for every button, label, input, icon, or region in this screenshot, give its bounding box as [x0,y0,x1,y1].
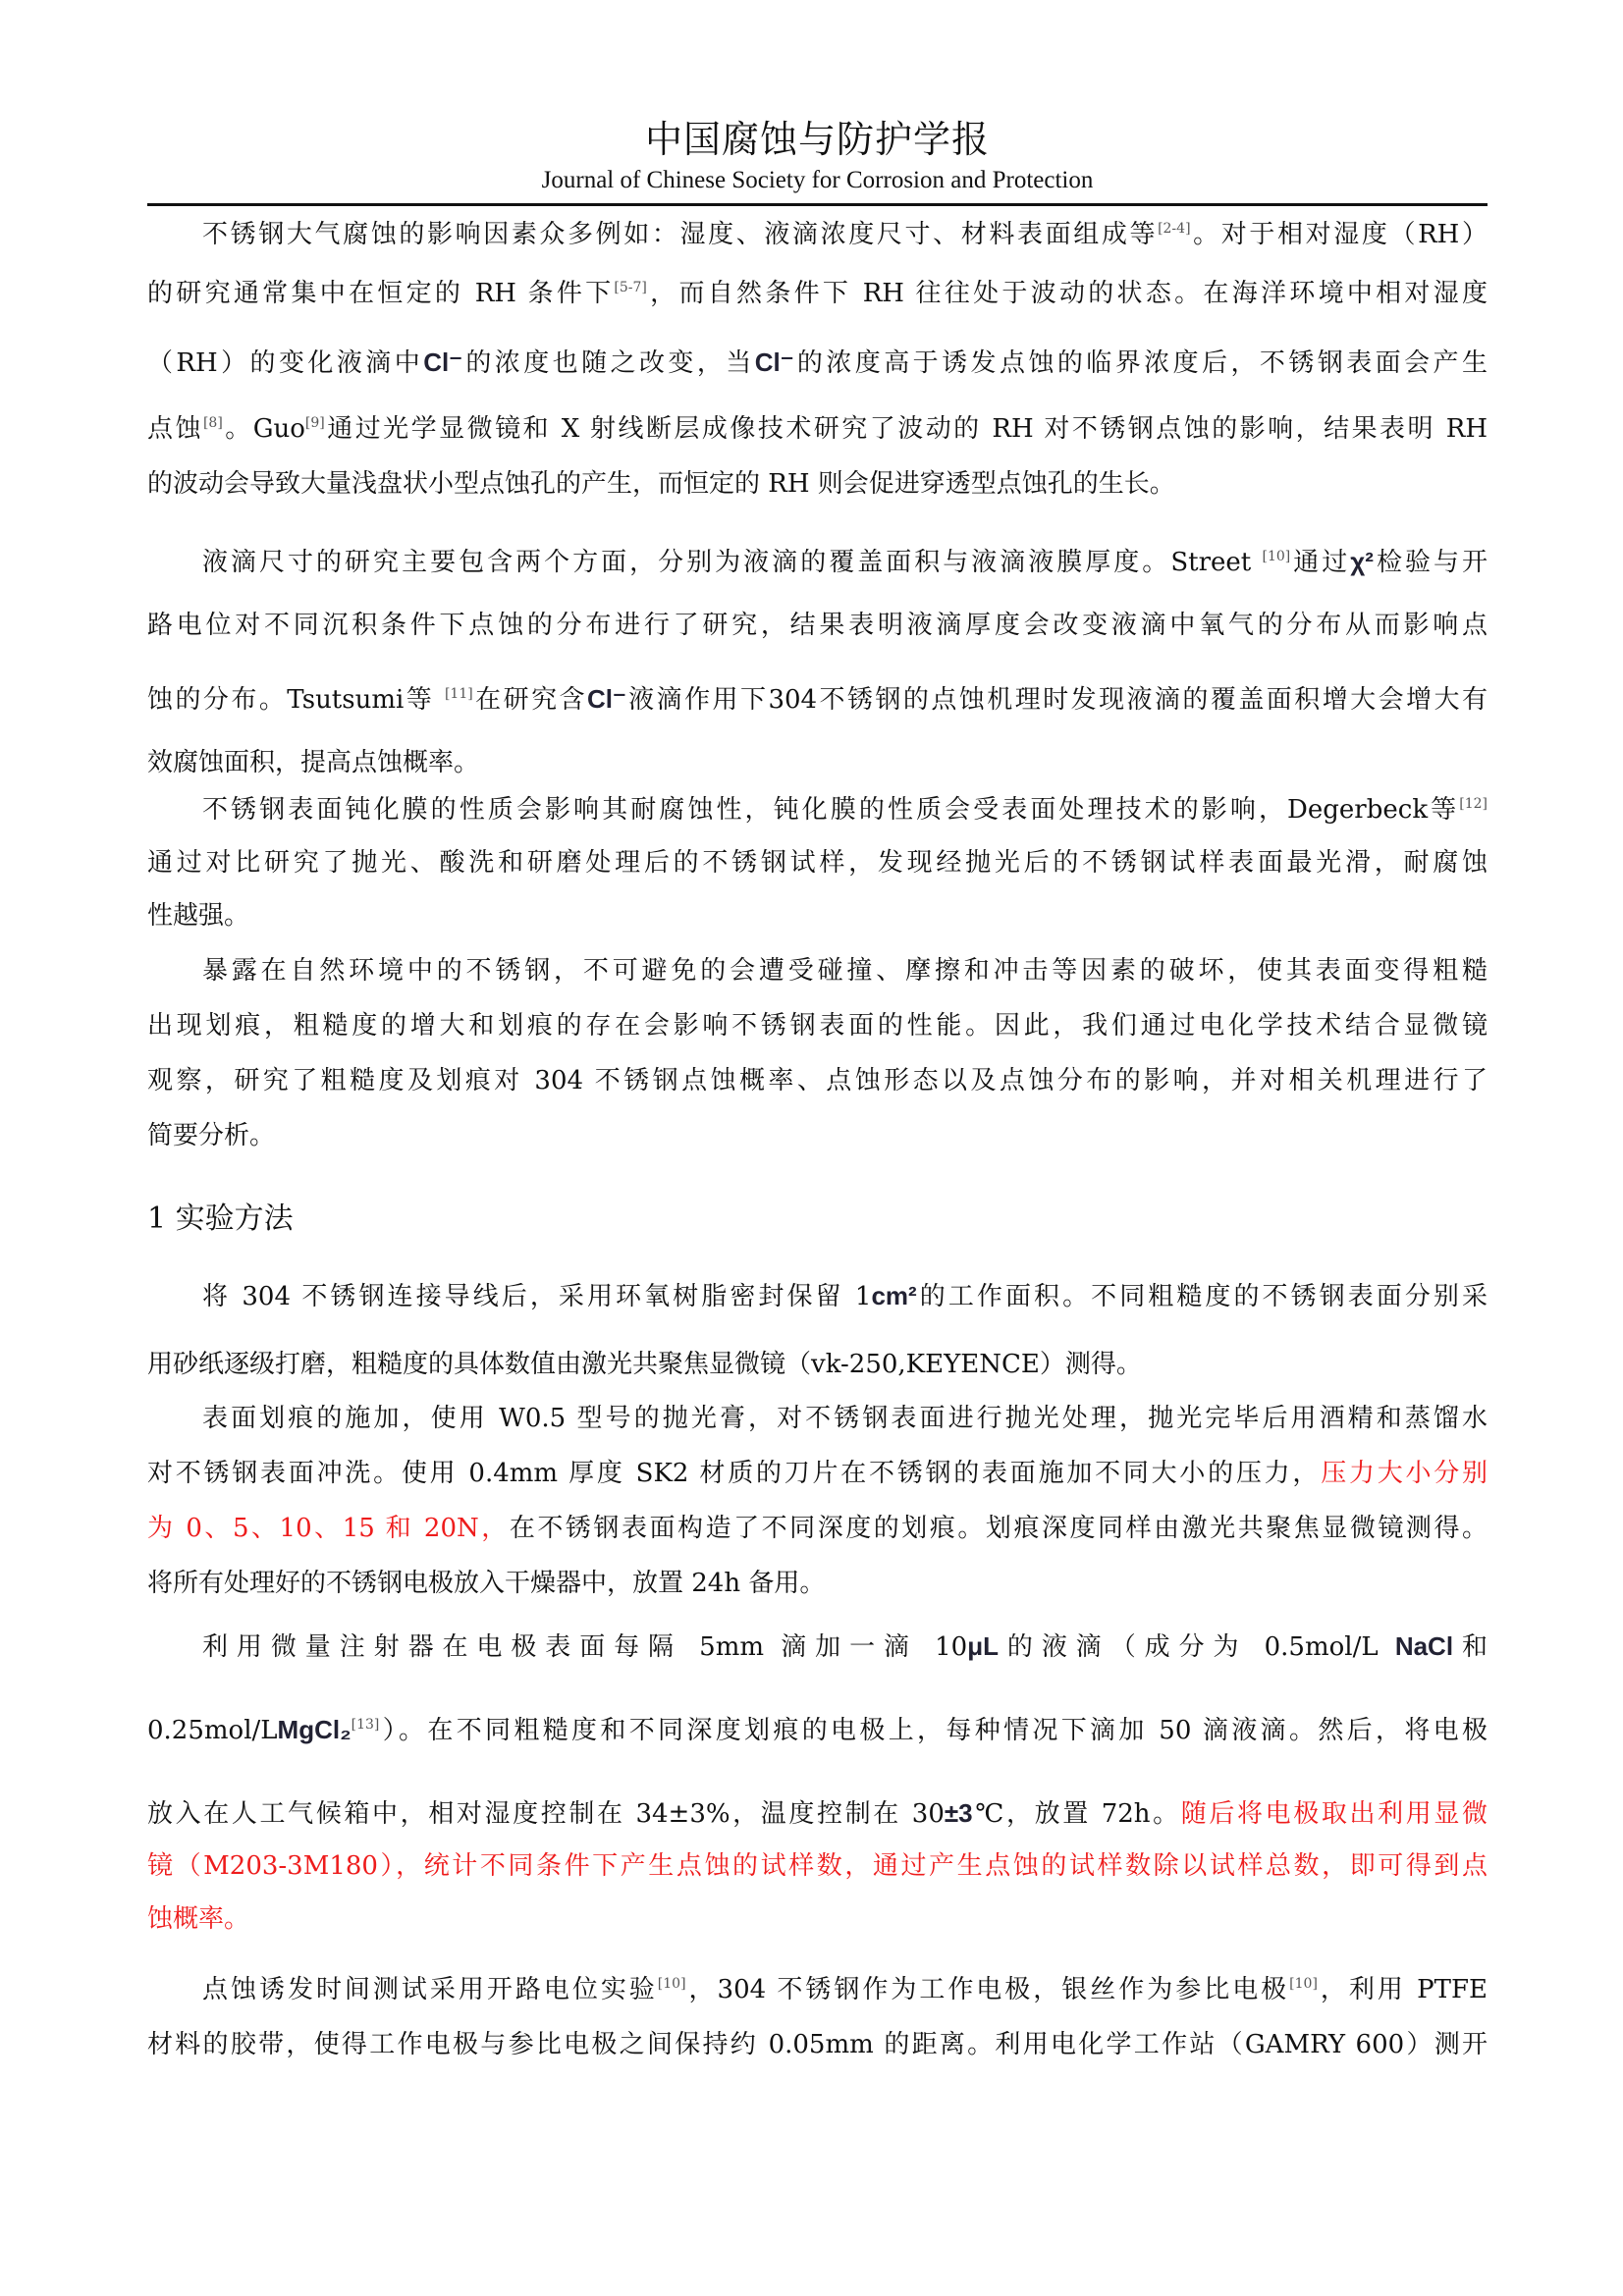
citation: [10] [1289,1976,1318,1992]
methods-paragraph-4-line-2: 材料的胶带，使得工作电极与参比电极之间保持约 0.05mm 的距离。利用电化学工… [147,2028,1488,2061]
methods-paragraph-3-line-4: 镜（M203-3M180），统计不同条件下产生点蚀的试样数，通过产生点蚀的试样数… [147,1849,1488,1883]
header-divider [147,203,1488,206]
journal-header: 中国腐蚀与防护学报 Journal of Chinese Society for… [147,116,1488,196]
methods-paragraph-3-line-3: 放入在人工气候箱中，相对湿度控制在 34±3%，温度控制在 30±3℃，放置 7… [147,1796,1488,1831]
chloride-formula: Cl⁻ [587,684,626,714]
chloride-formula: Cl⁻ [755,347,794,377]
paragraph-4-line-2: 出现划痕，粗糙度的增大和划痕的存在会影响不锈钢表面的性能。因此，我们通过电化学技… [147,1009,1488,1042]
volume-unit: μL [967,1631,999,1661]
journal-title-en: Journal of Chinese Society for Corrosion… [147,165,1488,196]
citation: [13] [352,1717,380,1733]
highlighted-text: 随后将电极取出利用显微 [1181,1799,1488,1829]
paragraph-1-line-2: 的研究通常集中在恒定的 RH 条件下[5-7]，而自然条件下 RH 往往处于波动… [147,277,1488,310]
paragraph-2-line-4: 效腐蚀面积，提高点蚀概率。 [147,746,1488,779]
paragraph-3-line-2: 通过对比研究了抛光、酸洗和研磨处理后的不锈钢试样，发现经抛光后的不锈钢试样表面最… [147,846,1488,880]
methods-paragraph-1-line-1: 将 304 不锈钢连接导线后，采用环氧树脂密封保留 1cm²的工作面积。不同粗糙… [147,1279,1488,1313]
citation: [5-7] [614,280,646,295]
mgcl2-formula: MgCl₂ [278,1715,352,1744]
methods-paragraph-2-line-4: 将所有处理好的不锈钢电极放入干燥器中，放置 24h 备用。 [147,1567,1488,1600]
citation: [11] [445,686,473,702]
paragraph-1-line-3: （RH）的变化液滴中Cl⁻的浓度也随之改变，当Cl⁻的浓度高于诱发点蚀的临界浓度… [147,346,1488,380]
methods-paragraph-3-line-1: 利用微量注射器在电极表面每隔 5mm 滴加一滴 10μL的液滴（成分为 0.5m… [147,1629,1488,1664]
paragraph-1-line-4: 点蚀[8]。Guo[9]通过光学显微镜和 X 射线断层成像技术研究了波动的 RH… [147,412,1488,446]
citation: [10] [1263,549,1291,564]
citation: [12] [1459,796,1488,812]
methods-paragraph-4-line-1: 点蚀诱发时间测试采用开路电位实验[10]，304 不锈钢作为工作电极，银丝作为参… [147,1973,1488,2006]
paragraph-2-line-1: 液滴尺寸的研究主要包含两个方面，分别为液滴的覆盖面积与液滴液膜厚度。Street… [147,545,1488,579]
paragraph-4-line-3: 观察，研究了粗糙度及划痕对 304 不锈钢点蚀概率、点蚀形态以及点蚀分布的影响，… [147,1064,1488,1097]
highlighted-text: 压力大小分别 [1321,1459,1488,1488]
paragraph-3-line-3: 性越强。 [147,899,1488,933]
citation: [9] [305,415,325,431]
paragraph-1-line-5: 的波动会导致大量浅盘状小型点蚀孔的产生，而恒定的 RH 则会促进穿透型点蚀孔的生… [147,467,1488,501]
area-unit: cm² [871,1281,916,1310]
paragraph-4-line-1: 暴露在自然环境中的不锈钢，不可避免的会遭受碰撞、摩擦和冲击等因素的破坏，使其表面… [147,954,1488,988]
nacl-formula: NaCl [1395,1631,1453,1661]
chi-squared-symbol: χ² [1350,547,1374,576]
citation: [10] [658,1976,686,1992]
methods-paragraph-2-line-2: 对不锈钢表面冲洗。使用 0.4mm 厚度 SK2 材质的刀片在不锈钢的表面施加不… [147,1457,1488,1490]
highlighted-text: 为 0、5、10、15 和 20N， [147,1514,510,1543]
paragraph-1-line-1: 不锈钢大气腐蚀的影响因素众多例如：湿度、液滴浓度尺寸、材料表面组成等[2-4]。… [147,218,1488,251]
paragraph-2-line-2: 路电位对不同沉积条件下点蚀的分布进行了研究，结果表明液滴厚度会改变液滴中氧气的分… [147,609,1488,642]
methods-paragraph-3-line-5: 蚀概率。 [147,1902,1488,1936]
citation: [8] [203,415,223,431]
paragraph-4-line-4: 简要分析。 [147,1119,1488,1152]
paragraph-2-line-3: 蚀的分布。Tsutsumi等 [11]在研究含Cl⁻液滴作用下304不锈钢的点蚀… [147,682,1488,717]
journal-title-cn: 中国腐蚀与防护学报 [147,116,1488,163]
methods-paragraph-1-line-2: 用砂纸逐级打磨，粗糙度的具体数值由激光共聚焦显微镜（vk-250,KEYENCE… [147,1348,1488,1381]
chloride-formula: Cl⁻ [423,347,462,377]
methods-paragraph-3-line-2: 0.25mol/LMgCl₂[13]）。在不同粗糙度和不同深度划痕的电极上，每种… [147,1713,1488,1747]
section-heading: 1 实验方法 [147,1200,294,1239]
methods-paragraph-2-line-1: 表面划痕的施加，使用 W0.5 型号的抛光膏，对不锈钢表面进行抛光处理，抛光完毕… [147,1402,1488,1435]
citation: [2-4] [1158,221,1190,237]
tolerance-value: ±3 [945,1798,973,1828]
paragraph-3-line-1: 不锈钢表面钝化膜的性质会影响其耐腐蚀性，钝化膜的性质会受表面处理技术的影响，De… [147,793,1488,827]
methods-paragraph-2-line-3: 为 0、5、10、15 和 20N，在不锈钢表面构造了不同深度的划痕。划痕深度同… [147,1512,1488,1545]
